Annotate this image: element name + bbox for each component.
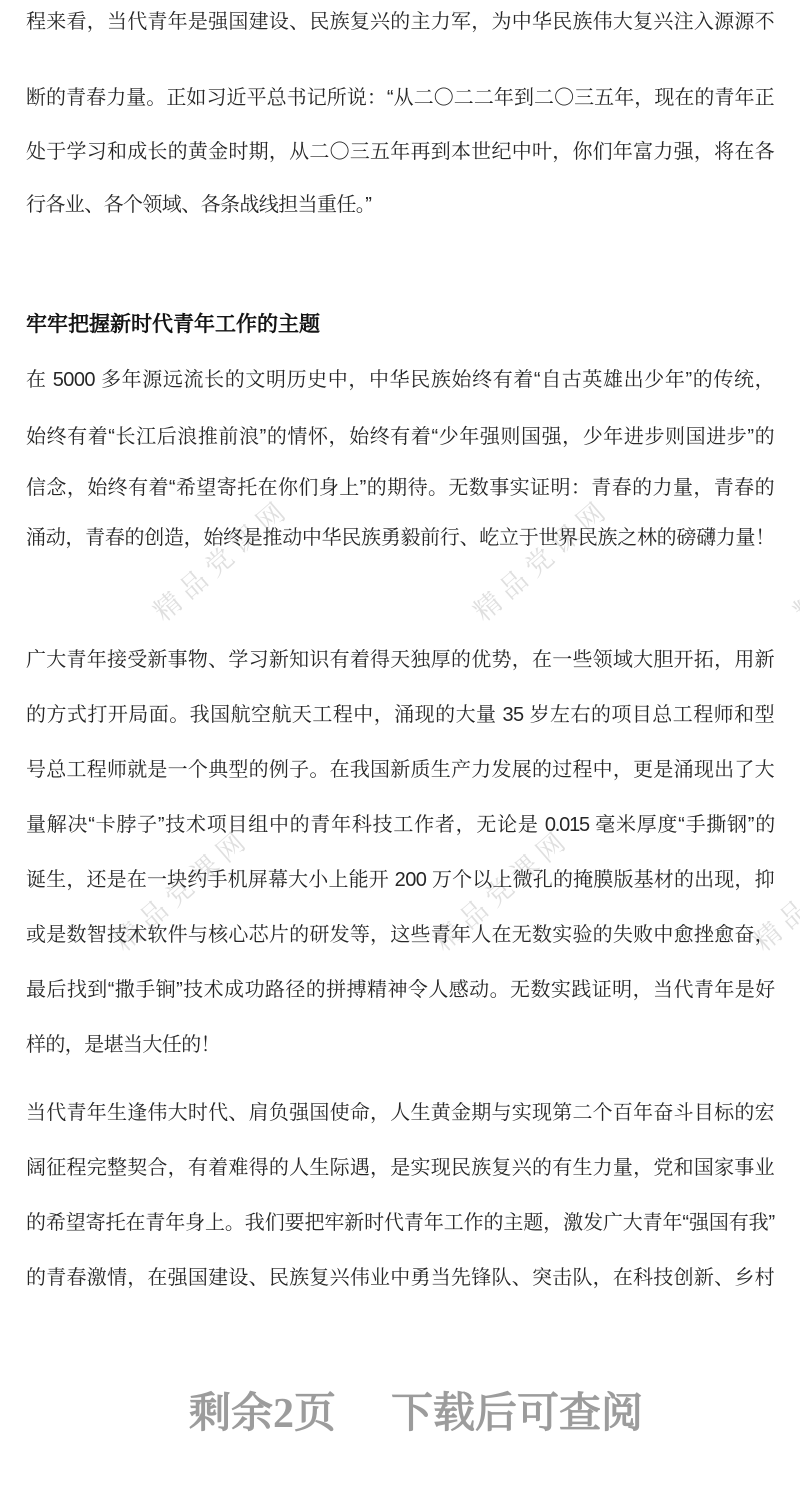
remaining-pages-label: 剩余2页 — [189, 1380, 336, 1440]
paragraph-line: 的希望寄托在青年身上。我们要把牢新时代青年工作的主题，激发广大青年“强国有我” — [26, 1210, 774, 1236]
paragraph-line: 的方式打开局面。我国航空航天工程中，涌现的大量 35 岁左右的项目总工程师和型 — [26, 702, 774, 728]
paragraph-line: 始终有着“长江后浪推前浪”的情怀，始终有着“少年强则国强，少年进步则国进步”的 — [26, 424, 774, 450]
paragraph-line: 涌动，青春的创造，始终是推动中华民族勇毅前行、屹立于世界民族之林的磅礴力量！ — [26, 525, 774, 551]
paragraph-line: 行各业、各个领域、各条战线担当重任。” — [26, 192, 774, 218]
paragraph-line: 量解决“卡脖子”技术项目组中的青年科技工作者，无论是 0.015 毫米厚度“手撕… — [26, 812, 774, 838]
paragraph-line: 断的青春力量。正如习近平总书记所说：“从二〇二二年到二〇三五年，现在的青年正 — [26, 85, 774, 111]
paragraph-line: 在 5000 多年源远流长的文明历史中，中华民族始终有着“自古英雄出少年”的传统… — [26, 367, 774, 393]
paragraph-line: 号总工程师就是一个典型的例子。在我国新质生产力发展的过程中，更是涌现出了大 — [26, 757, 774, 783]
section-heading: 牢牢把握新时代青年工作的主题 — [26, 312, 774, 338]
paragraph-line: 或是数智技术软件与核心芯片的研发等，这些青年人在无数实验的失败中愈挫愈奋， — [26, 922, 774, 948]
paragraph-line: 处于学习和成长的黄金时期，从二〇三五年再到本世纪中叶，你们年富力强，将在各 — [26, 139, 774, 165]
download-hint-label: 下载后可查阅 — [391, 1380, 643, 1440]
paragraph-line: 的青春激情，在强国建设、民族复兴伟业中勇当先锋队、突击队，在科技创新、乡村 — [26, 1265, 774, 1291]
document-page: 精品党课网 精品党课网 精品党课网 精品党课网 精品党课网 精品党课网 程来看，… — [0, 0, 800, 1488]
pagination-banner: 剩余2页 下载后可查阅 — [16, 1380, 800, 1440]
paragraph-line: 信念，始终有着“希望寄托在你们身上”的期待。无数事实证明：青春的力量，青春的 — [26, 475, 774, 501]
paragraph-line: 广大青年接受新事物、学习新知识有着得天独厚的优势，在一些领域大胆开拓，用新 — [26, 647, 774, 673]
paragraph-line: 样的，是堪当大任的！ — [26, 1032, 774, 1058]
paragraph-line: 诞生，还是在一块约手机屏幕大小上能开 200 万个以上微孔的掩膜版基材的出现，抑 — [26, 867, 774, 893]
paragraph-line: 当代青年生逢伟大时代、肩负强国使命，人生黄金期与实现第二个百年奋斗目标的宏 — [26, 1100, 774, 1126]
paragraph-line: 阔征程完整契合，有着难得的人生际遇，是实现民族复兴的有生力量，党和国家事业 — [26, 1155, 774, 1181]
paragraph-line: 最后找到“撒手锏”技术成功路径的拼搏精神令人感动。无数实践证明，当代青年是好 — [26, 977, 774, 1003]
paragraph-line: 程来看，当代青年是强国建设、民族复兴的主力军，为中华民族伟大复兴注入源源不 — [26, 9, 774, 35]
